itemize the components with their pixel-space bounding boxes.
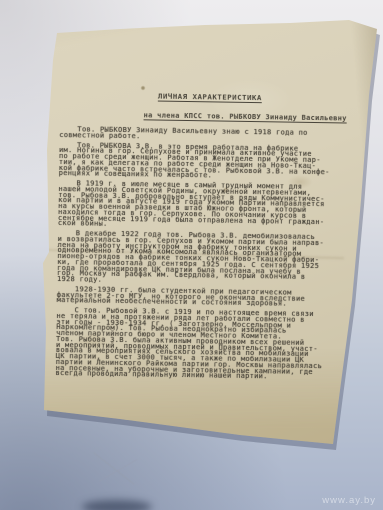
document-body: Тов. РЫБКОВУ Зинаиду Васильевну знаю с 1… [55,127,355,382]
typewritten-text: ЛИЧНАЯ ХАРАКТЕРИСТИКА на члена КПСС тов.… [55,90,355,382]
document-title: ЛИЧНАЯ ХАРАКТЕРИСТИКА [60,90,356,104]
document-subtitle: на члена КПСС тов. РЫБКОВУ Зинаиду Васил… [60,110,356,123]
paragraph: В декабре 1922 года тов. Рыбова З.В. дем… [57,231,354,287]
background-scratch-mark [99,459,138,482]
paragraph: 1928-1930 гг. была студенткой при педаго… [57,287,353,309]
paragraph: С тов. Рыбовой З.В. с 1919 и по настояще… [55,308,352,382]
watermark-text: www.ay.by [322,495,376,506]
paragraph: Тов. РЫБКОВА З.В. в это время работала н… [59,142,356,181]
photo-background: ЛИЧНАЯ ХАРАКТЕРИСТИКА на члена КПСС тов.… [0,0,383,510]
paragraph: В 1919 г. в июле месяце в самый трудный … [58,181,355,232]
table-shadow [82,500,152,510]
